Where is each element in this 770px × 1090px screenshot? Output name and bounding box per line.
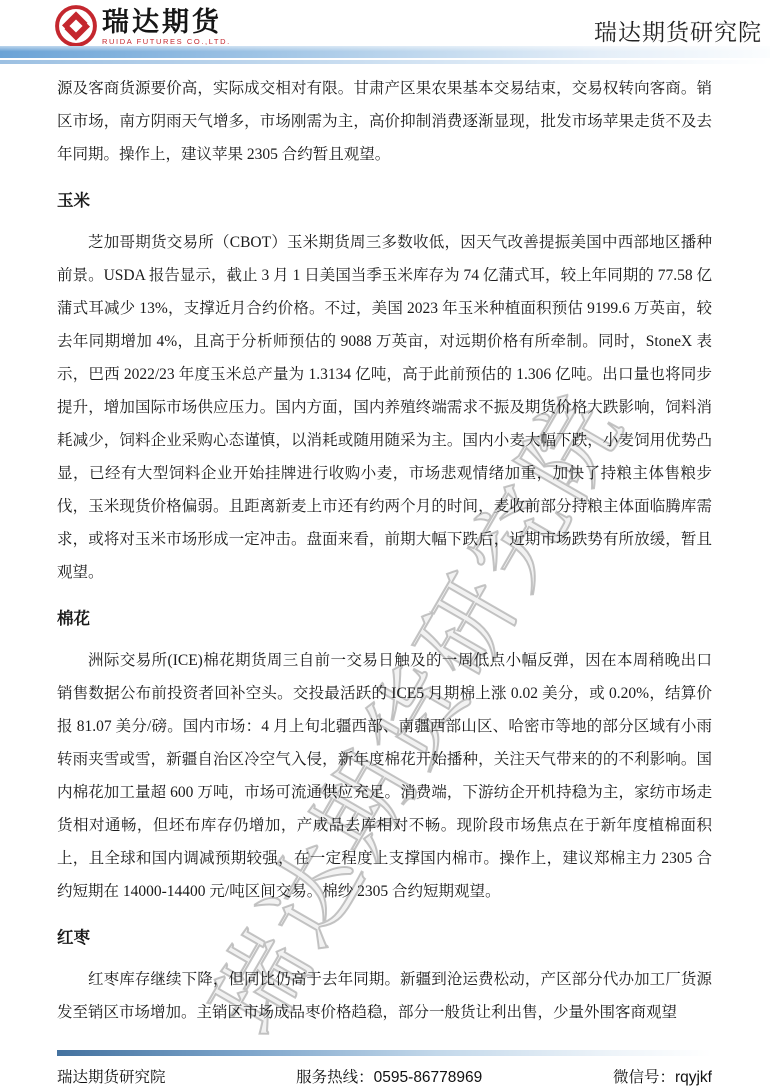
- ruida-logo-icon: [54, 4, 98, 48]
- page-header: 瑞达期货 RUIDA FUTURES CO.,LTD. 瑞达期货研究院: [0, 0, 770, 46]
- page-footer: 瑞达期货研究院 服务热线：0595-86778969 微信号：rqyjkf: [57, 1050, 712, 1087]
- header-divider-main-stripe: [0, 46, 770, 58]
- footer-wechat-id: 微信号：rqyjkf: [613, 1065, 712, 1087]
- paragraph-cotton: 洲际交易所(ICE)棉花期货周三自前一交易日触及的一周低点小幅反弹，因在本周稍晚…: [57, 644, 712, 908]
- footer-institute-name: 瑞达期货研究院: [57, 1065, 166, 1087]
- header-divider-bar: [0, 46, 770, 64]
- header-divider-sub-stripe: [0, 60, 770, 64]
- footer-divider-bar: [57, 1050, 712, 1056]
- report-body: 源及客商货源要价高，实际成交相对有限。甘肃产区果农果基本交易结束，交易权转向客商…: [57, 72, 712, 1029]
- logo-company-name-en: RUIDA FUTURES CO.,LTD.: [102, 37, 231, 46]
- logo-text: 瑞达期货 RUIDA FUTURES CO.,LTD.: [102, 7, 231, 46]
- company-logo: 瑞达期货 RUIDA FUTURES CO.,LTD.: [54, 4, 231, 48]
- logo-company-name: 瑞达期货: [102, 7, 231, 37]
- footer-service-hotline: 服务热线：0595-86778969: [296, 1065, 482, 1087]
- section-heading-red-dates: 红枣: [57, 928, 712, 948]
- section-heading-cotton: 棉花: [57, 609, 712, 629]
- paragraph-red-dates: 红枣库存继续下降，但同比仍高于去年同期。新疆到沧运费松动，产区部分代办加工厂货源…: [57, 963, 712, 1029]
- section-heading-corn: 玉米: [57, 191, 712, 211]
- footer-text-row: 瑞达期货研究院 服务热线：0595-86778969 微信号：rqyjkf: [57, 1065, 712, 1087]
- paragraph-apple-continued: 源及客商货源要价高，实际成交相对有限。甘肃产区果农果基本交易结束，交易权转向客商…: [57, 72, 712, 171]
- research-institute-title: 瑞达期货研究院: [594, 14, 762, 47]
- paragraph-corn: 芝加哥期货交易所（CBOT）玉米期货周三多数收低，因天气改善提振美国中西部地区播…: [57, 226, 712, 589]
